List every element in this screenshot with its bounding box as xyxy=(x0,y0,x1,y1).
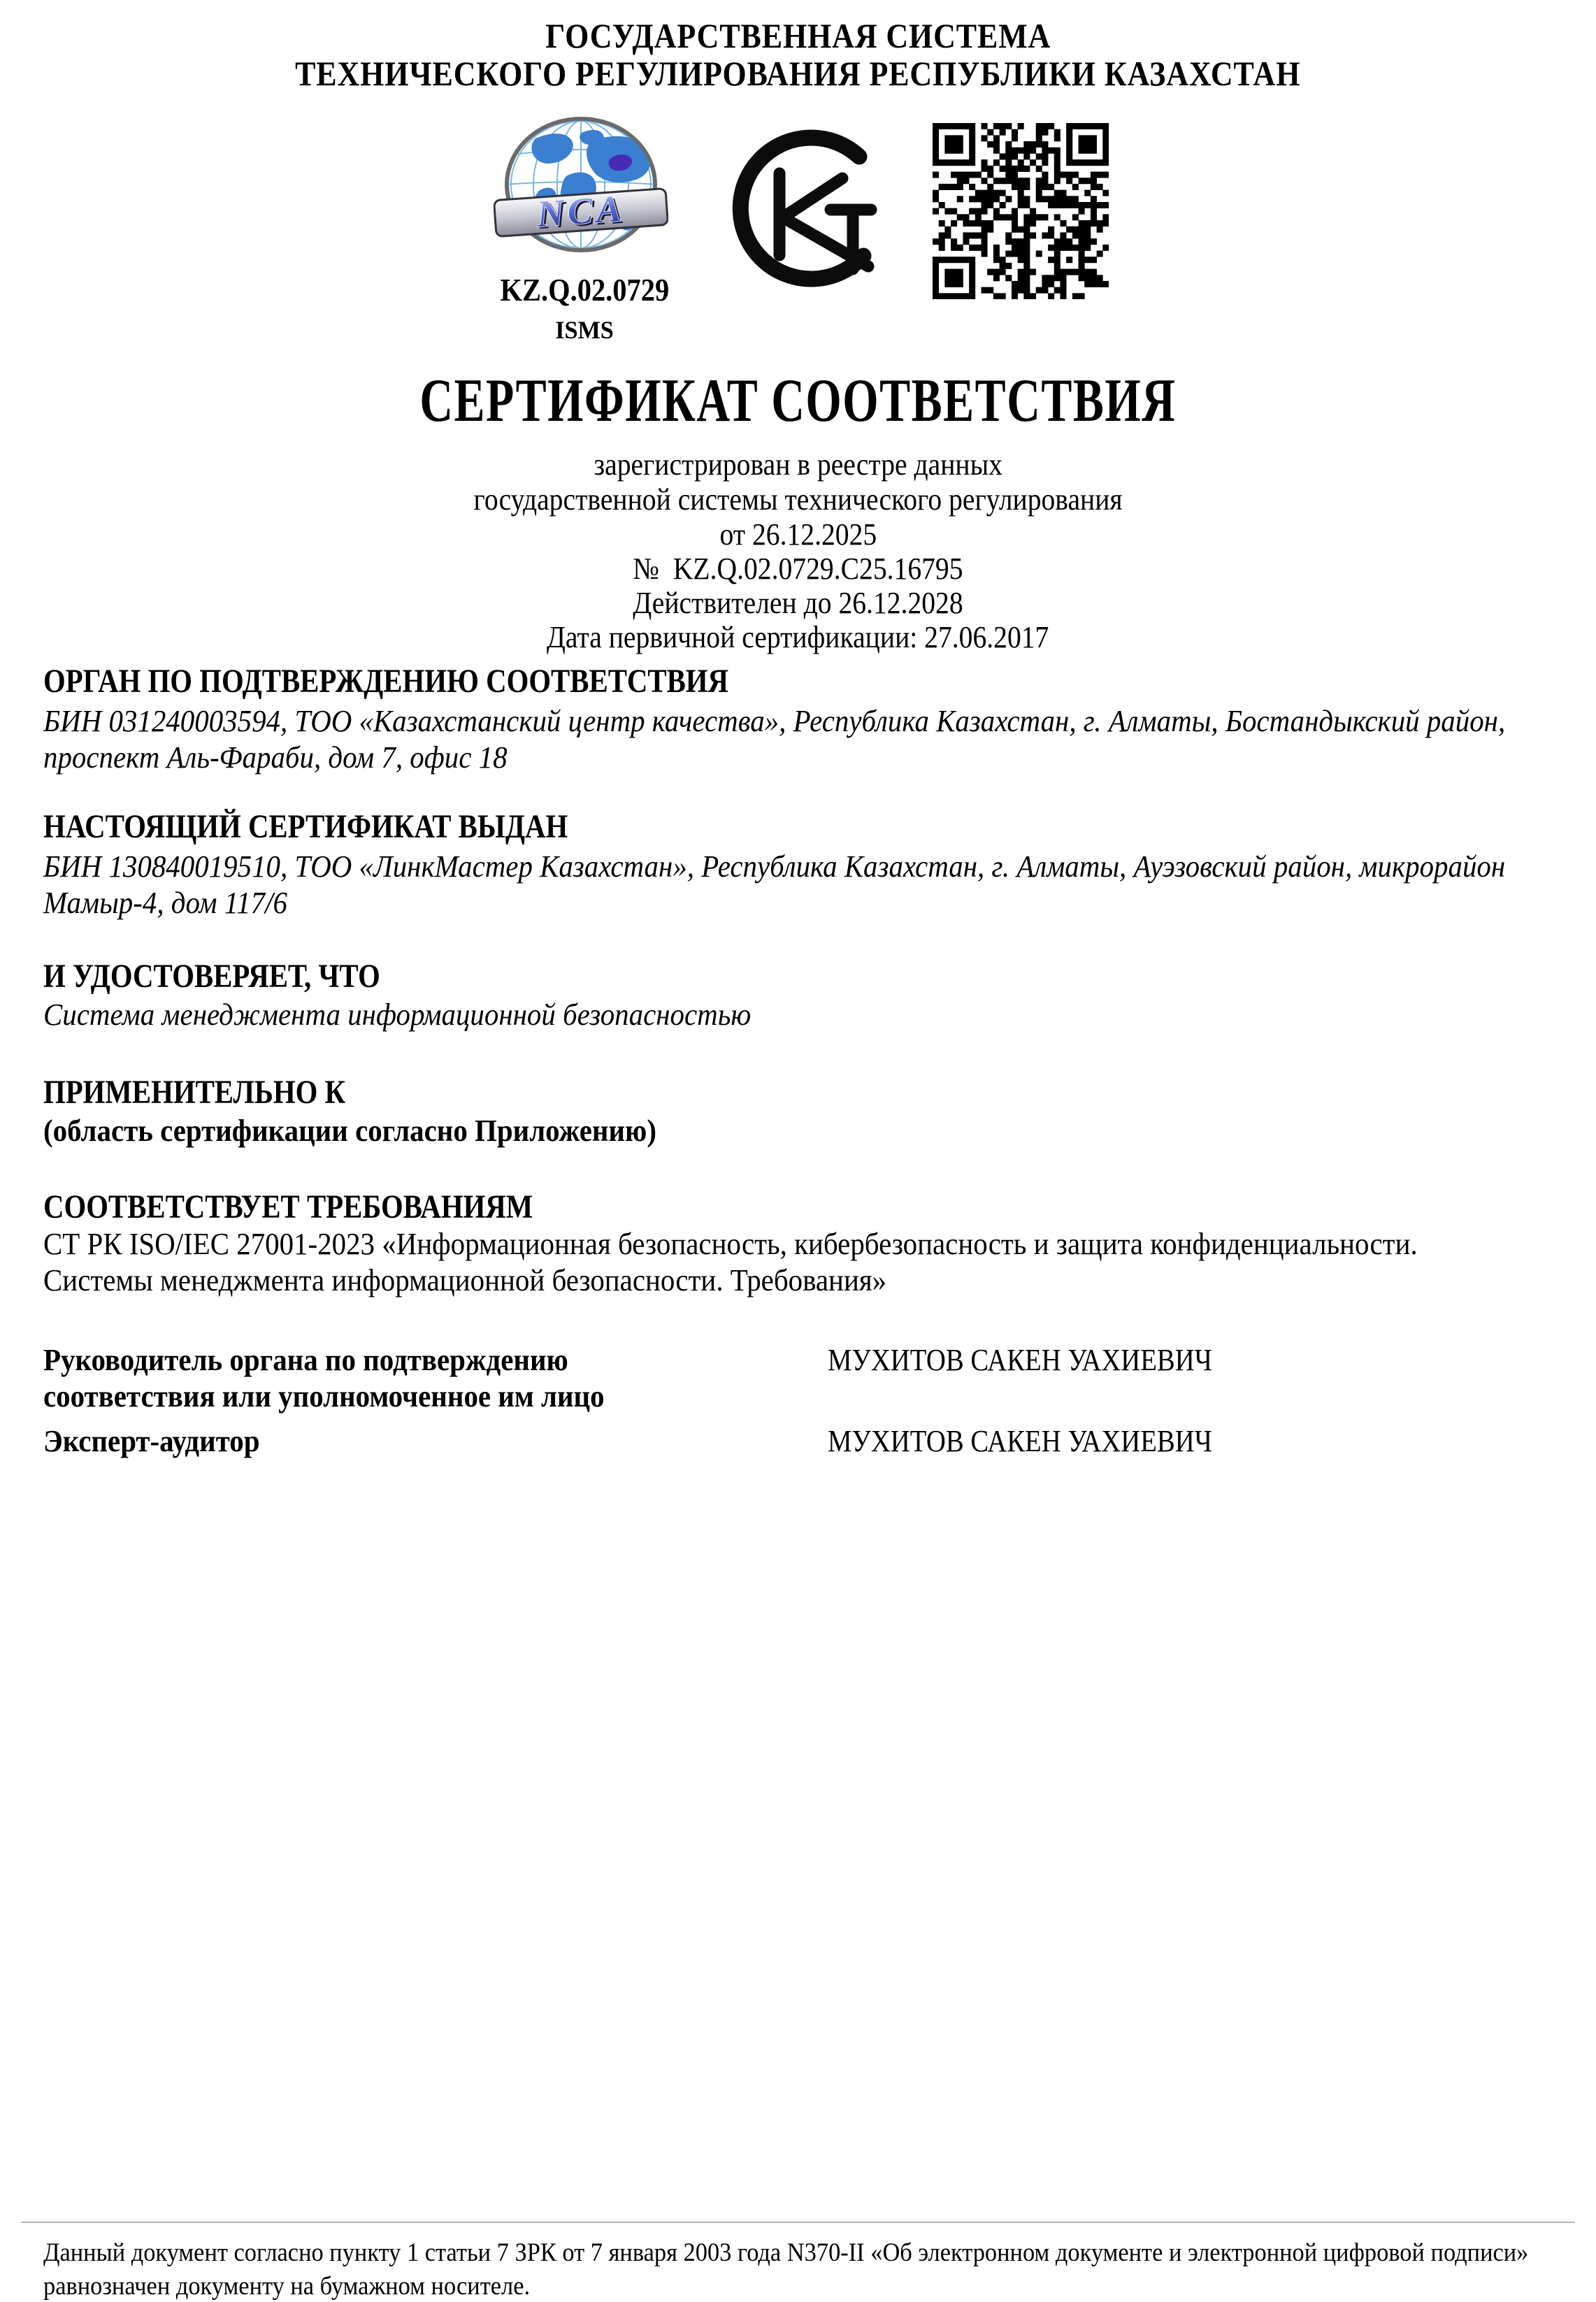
nca-logo-text: NCA xyxy=(535,187,626,236)
certifies-details: Система менеджмента информационной безоп… xyxy=(43,997,804,1033)
certificate-title: СЕРТИФИКАТ СООТВЕТСТВИЯ xyxy=(0,369,1596,433)
registration-date: от 26.12.2025 xyxy=(0,517,1596,552)
issued-details-line2: Мамыр-4, дом 117/6 xyxy=(43,885,305,921)
kt-mark-icon xyxy=(731,129,893,291)
section-heading-conforms: СООТВЕТСТВУЕТ ТРЕБОВАНИЯМ xyxy=(43,1188,619,1226)
kz-kt-conformity-mark-icon xyxy=(731,129,893,291)
auditor-label: Эксперт-аудитор xyxy=(43,1423,276,1460)
auditor-name: МУХИТОВ САКЕН УАХИЕВИЧ xyxy=(828,1423,1265,1460)
footer-divider xyxy=(21,2222,1575,2223)
applies-details: (область сертификации согласно Приложени… xyxy=(43,1113,703,1149)
registration-line1: зарегистрирован в реестре данных xyxy=(0,447,1596,482)
accreditation-number: KZ.Q.02.0729 xyxy=(452,273,717,308)
org-details-line2: проспект Аль-Фараби, дом 7, офис 18 xyxy=(43,740,542,776)
section-heading-applies: ПРИМЕНИТЕЛЬНО К xyxy=(43,1074,398,1112)
valid-until: Действителен до 26.12.2028 xyxy=(0,586,1596,621)
section-heading-org: ОРГАН ПО ПОДТВЕРЖДЕНИЮ СООТВЕТСТВИЯ xyxy=(43,663,849,700)
issued-details-line1: БИН 130840019510, ТОО «ЛинкМастер Казахс… xyxy=(43,849,1596,885)
gov-system-header-line2: ТЕХНИЧЕСКОГО РЕГУЛИРОВАНИЯ РЕСПУБЛИКИ КА… xyxy=(0,55,1596,92)
certificate-page: ГОСУДАРСТВЕННАЯ СИСТЕМА ТЕХНИЧЕСКОГО РЕГ… xyxy=(0,0,1596,2302)
first-certification-date: Дата первичной сертификации: 27.06.2017 xyxy=(0,620,1596,655)
registration-line2: государственной системы технического рег… xyxy=(0,482,1596,517)
scheme-label: ISMS xyxy=(452,316,717,344)
head-signature-label-line2: соответствия или уполномоченное им лицо xyxy=(43,1379,647,1415)
standard-line2: Системы менеджмента информационной безоп… xyxy=(43,1262,950,1299)
section-heading-certifies: И УДОСТОВЕРЯЕТ, ЧТО xyxy=(43,958,440,995)
nca-globe-icon: NCA NCA xyxy=(494,116,668,274)
head-signature-name: МУХИТОВ САКЕН УАХИЕВИЧ xyxy=(828,1342,1265,1379)
footer-line1: Данный документ согласно пункту 1 статьи… xyxy=(43,2237,1596,2269)
org-details-line1: БИН 031240003594, ТОО «Казахстанский цен… xyxy=(43,703,1596,740)
certificate-number: № KZ.Q.02.0729.C25.16795 xyxy=(0,552,1596,587)
standard-line1: СТ РК ISO/IEC 27001-2023 «Информационная… xyxy=(43,1226,1521,1262)
footer-line2: равнозначен документу на бумажном носите… xyxy=(43,2271,566,2302)
qr-code-icon xyxy=(933,123,1109,299)
qr-code xyxy=(933,123,1109,299)
nca-globe-logo: NCA NCA xyxy=(494,116,668,274)
gov-system-header-line1: ГОСУДАРСТВЕННАЯ СИСТЕМА xyxy=(0,17,1596,55)
section-heading-issued: НАСТОЯЩИЙ СЕРТИФИКАТ ВЫДАН xyxy=(43,808,661,846)
head-signature-label-line1: Руководитель органа по подтверждению xyxy=(43,1342,608,1379)
